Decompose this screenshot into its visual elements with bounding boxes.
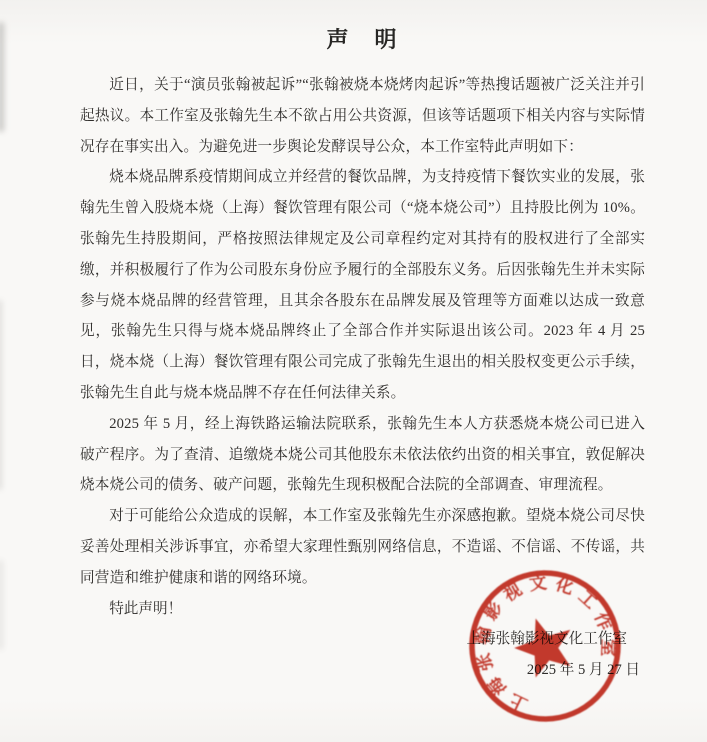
signature-studio-name: 上海张翰影视文化工作室 <box>80 624 645 655</box>
paragraph-shareholding-history: 烧本烧品牌系疫情期间成立并经营的餐饮品牌，为支持疫情下餐饮实业的发展，张翰先生曾… <box>80 162 645 408</box>
paragraph-intro: 近日，关于“演员张翰被起诉”“张翰被烧本烧烤肉起诉”等热搜话题被广泛关注并引起热… <box>80 70 645 162</box>
closing-line: 特此声明！ <box>80 594 645 625</box>
signature-block: 上海张翰影视文化工作室 2025 年 5 月 27 日 <box>80 624 645 686</box>
signature-date: 2025 年 5 月 27 日 <box>80 655 645 686</box>
statement-photo: { "document": { "title": "声 明", "paragra… <box>0 0 707 742</box>
paragraph-apology-appeal: 对于可能给公众造成的误解，本工作室及张翰先生亦深感抱歉。望烧本烧公司尽快妥善处理… <box>80 501 645 593</box>
photo-edge-smudge <box>0 300 2 490</box>
document-title: 声 明 <box>80 24 645 56</box>
statement-body: 近日，关于“演员张翰被起诉”“张翰被烧本烧烤肉起诉”等热搜话题被广泛关注并引起热… <box>80 70 645 594</box>
statement-document: 声 明 近日，关于“演员张翰被起诉”“张翰被烧本烧烤肉起诉”等热搜话题被广泛关注… <box>80 24 645 686</box>
paragraph-bankruptcy-notice: 2025 年 5 月，经上海铁路运输法院联系，张翰先生本人方获悉烧本烧公司已进入… <box>80 409 645 501</box>
photo-edge-smudge <box>0 22 4 132</box>
photo-edge-smudge <box>0 560 3 650</box>
